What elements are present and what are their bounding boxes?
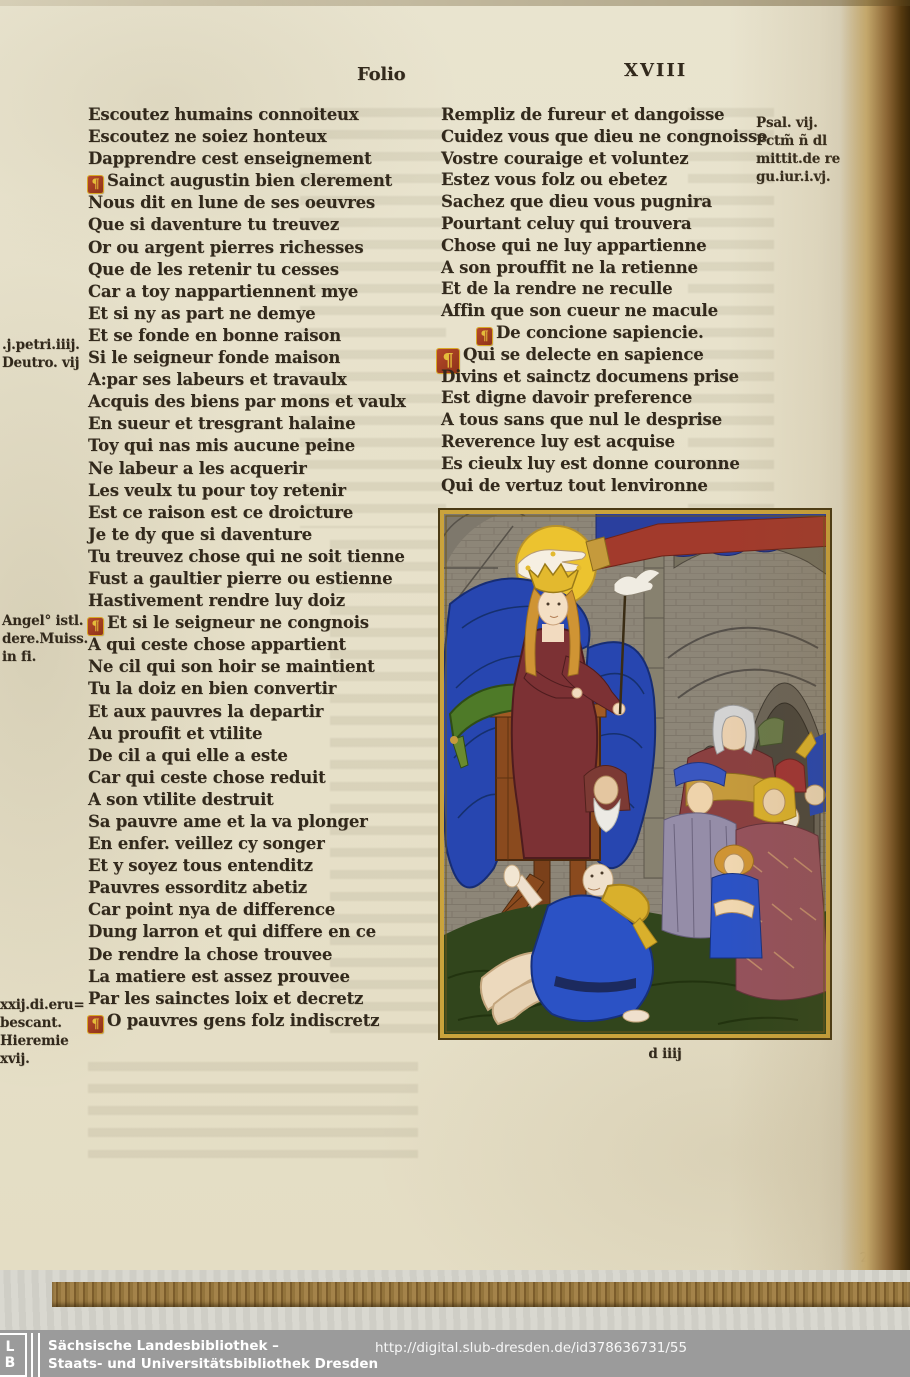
line-text: Au proufit et vtilite bbox=[88, 724, 262, 743]
line-text: Nous dit en lune de ses oeuvres bbox=[88, 193, 375, 212]
verse-line: Et aux pauvres la departir bbox=[88, 701, 448, 723]
line-text: Et aux pauvres la departir bbox=[88, 702, 323, 721]
verse-line: Au proufit et vtilite bbox=[88, 723, 448, 745]
verse-line: A:par ses labeurs et travaulx bbox=[88, 369, 448, 391]
slub-logo-letter-l: L bbox=[6, 1339, 15, 1355]
margin-note-line: dere.Muiss. bbox=[2, 630, 88, 648]
verse-line: ¶Qui se delecte en sapience bbox=[441, 344, 786, 366]
line-text: Rempliz de fureur et dangoisse bbox=[441, 105, 724, 124]
verse-line: Divins et sainctz documens prise bbox=[441, 366, 786, 388]
sapience-preaching-scene bbox=[438, 508, 832, 1040]
verse-line: Dung larron et qui differe en ce bbox=[88, 921, 448, 943]
verse-line: Je te dy que si daventure bbox=[88, 524, 448, 546]
line-text: Es cieulx luy est donne couronne bbox=[441, 454, 740, 473]
line-text: Pourtant celuy qui trouvera bbox=[441, 214, 691, 233]
margin-note-line: Angel° istl. bbox=[2, 612, 88, 630]
line-text: Or ou argent pierres richesses bbox=[88, 238, 363, 257]
margin-note-line: xvij. bbox=[0, 1050, 85, 1068]
line-text: Ne cil qui son hoir se maintient bbox=[88, 657, 375, 676]
verse-line: ¶Sainct augustin bien clerement bbox=[88, 170, 448, 192]
verse-line: Vostre couraige et voluntez bbox=[441, 148, 786, 170]
pilcrow-mark: ¶ bbox=[477, 328, 492, 345]
slub-logo-letter-b: B bbox=[5, 1355, 16, 1371]
verse-line: Rempliz de fureur et dangoisse bbox=[441, 104, 786, 126]
verse-line: La matiere est assez prouvee bbox=[88, 966, 448, 988]
line-text: Qui se delecte en sapience bbox=[463, 345, 704, 364]
verse-line: Estez vous folz ou ebetez bbox=[441, 169, 786, 191]
verse-line: Est ce raison est ce droicture bbox=[88, 502, 448, 524]
line-text: Ne labeur a les acquerir bbox=[88, 459, 307, 478]
verse-line: Or ou argent pierres richesses bbox=[88, 237, 448, 259]
verse-line: Qui de vertuz tout lenvironne bbox=[441, 475, 786, 497]
miniature-illustration bbox=[438, 508, 832, 1040]
verse-line: Les veulx tu pour toy retenir bbox=[88, 480, 448, 502]
line-text: En sueur et tresgrant halaine bbox=[88, 414, 355, 433]
verse-line: Et y soyez tous entenditz bbox=[88, 855, 448, 877]
digitized-manuscript-photo: Folio XVIII .j.petri.iiij.Deutro. vij An… bbox=[0, 0, 910, 1377]
line-text: Tu treuvez chose qui ne soit tienne bbox=[88, 547, 405, 566]
line-text: Et y soyez tous entenditz bbox=[88, 856, 313, 875]
line-text: De concione sapiencie. bbox=[496, 323, 704, 342]
line-text: Et de la rendre ne reculle bbox=[441, 279, 672, 298]
book-top-edge bbox=[0, 0, 910, 6]
verse-line: Car a toy nappartiennent mye bbox=[88, 281, 448, 303]
line-text: La matiere est assez prouvee bbox=[88, 967, 350, 986]
line-text: En enfer. veillez cy songer bbox=[88, 834, 325, 853]
margin-note-line: xxij.di.eru= bbox=[0, 996, 85, 1014]
folio-number: XVIII bbox=[624, 60, 687, 81]
library-name-line1: Sächsische Landesbibliothek – bbox=[48, 1337, 378, 1355]
slub-logo: L B bbox=[0, 1333, 27, 1377]
book-bottom-page-edges bbox=[52, 1282, 910, 1307]
line-text: Sachez que dieu vous pugnira bbox=[441, 192, 712, 211]
line-text: Escoutez ne soiez honteux bbox=[88, 127, 327, 146]
verse-line: Affin que son cueur ne macule bbox=[441, 300, 786, 322]
verse-line: En enfer. veillez cy songer bbox=[88, 833, 448, 855]
margin-note-line: Deutro. vij bbox=[2, 354, 80, 372]
line-text: Escoutez humains connoiteux bbox=[88, 105, 358, 124]
line-text: Par les sainctes loix et decretz bbox=[88, 989, 363, 1008]
margin-note-hieremie: xxij.di.eru=bescant.Hieremiexvij. bbox=[0, 996, 85, 1068]
folio-label: Folio bbox=[357, 64, 405, 85]
verse-line: De rendre la chose trouvee bbox=[88, 944, 448, 966]
library-name: Sächsische Landesbibliothek – Staats- un… bbox=[48, 1337, 378, 1373]
verse-line: Reverence luy est acquise bbox=[441, 431, 786, 453]
manuscript-page: Folio XVIII .j.petri.iiij.Deutro. vij An… bbox=[0, 0, 910, 1282]
verse-line: ¶Et si le seigneur ne congnois bbox=[88, 612, 448, 634]
line-text: Fust a gaultier pierre ou estienne bbox=[88, 569, 392, 588]
margin-note-petri-deutro: .j.petri.iiij.Deutro. vij bbox=[2, 336, 80, 372]
verse-line: Escoutez humains connoiteux bbox=[88, 104, 448, 126]
verse-line: Acquis des biens par mons et vaulx bbox=[88, 391, 448, 413]
line-text: Pauvres essorditz abetiz bbox=[88, 878, 307, 897]
verse-line: Et se fonde en bonne raison bbox=[88, 325, 448, 347]
verse-line: Fust a gaultier pierre ou estienne bbox=[88, 568, 448, 590]
verse-line: Chose qui ne luy appartienne bbox=[441, 235, 786, 257]
verse-line: Nous dit en lune de ses oeuvres bbox=[88, 192, 448, 214]
verse-line: Car qui ceste chose reduit bbox=[88, 767, 448, 789]
verse-line: Car point nya de difference bbox=[88, 899, 448, 921]
verse-line: Tu treuvez chose qui ne soit tienne bbox=[88, 546, 448, 568]
verse-line: Par les sainctes loix et decretz bbox=[88, 988, 448, 1010]
line-text: A:par ses labeurs et travaulx bbox=[88, 370, 347, 389]
verse-line: Pourtant celuy qui trouvera bbox=[441, 213, 786, 235]
line-text: Dapprendre cest enseignement bbox=[88, 149, 372, 168]
right-column: Rempliz de fureur et dangoisseCuidez vou… bbox=[441, 104, 786, 496]
line-text: Car a toy nappartiennent mye bbox=[88, 282, 358, 301]
verse-line: Es cieulx luy est donne couronne bbox=[441, 453, 786, 475]
line-text: Hastivement rendre luy doiz bbox=[88, 591, 345, 610]
book-fore-edge bbox=[840, 0, 910, 1282]
verse-line: Ne labeur a les acquerir bbox=[88, 458, 448, 480]
line-text: Chose qui ne luy appartienne bbox=[441, 236, 706, 255]
verse-line: Ne cil qui son hoir se maintient bbox=[88, 656, 448, 678]
line-text: Et si le seigneur ne congnois bbox=[107, 613, 369, 632]
pilcrow-mark: ¶ bbox=[88, 1016, 103, 1033]
line-text: A tous sans que nul le desprise bbox=[441, 410, 722, 429]
line-text: Sainct augustin bien clerement bbox=[107, 171, 392, 190]
line-text: Dung larron et qui differe en ce bbox=[88, 922, 376, 941]
pilcrow-mark: ¶ bbox=[88, 618, 103, 635]
verse-line: Est digne davoir preference bbox=[441, 387, 786, 409]
line-text: Sa pauvre ame et la va plonger bbox=[88, 812, 368, 831]
verse-line: Sa pauvre ame et la va plonger bbox=[88, 811, 448, 833]
verse-line: Sachez que dieu vous pugnira bbox=[441, 191, 786, 213]
verse-line: Que de les retenir tu cesses bbox=[88, 259, 448, 281]
line-text: Toy qui nas mis aucune peine bbox=[88, 436, 355, 455]
margin-note-line: bescant. bbox=[0, 1014, 85, 1032]
margin-note-line: in fi. bbox=[2, 648, 88, 666]
library-footer-bar: L B Sächsische Landesbibliothek – Staats… bbox=[0, 1330, 910, 1377]
verse-line: Si le seigneur fonde maison bbox=[88, 347, 448, 369]
verse-line: Tu la doiz en bien convertir bbox=[88, 678, 448, 700]
section-heading: ¶De concione sapiencie. bbox=[441, 322, 786, 344]
left-column: Escoutez humains connoiteuxEscoutez ne s… bbox=[88, 104, 448, 1032]
verse-line: A tous sans que nul le desprise bbox=[441, 409, 786, 431]
margin-note-line: Hieremie bbox=[0, 1032, 85, 1050]
line-text: Car qui ceste chose reduit bbox=[88, 768, 326, 787]
slub-logo-lines bbox=[31, 1333, 40, 1377]
line-text: De rendre la chose trouvee bbox=[88, 945, 332, 964]
verse-line: Toy qui nas mis aucune peine bbox=[88, 435, 448, 457]
verse-line: Pauvres essorditz abetiz bbox=[88, 877, 448, 899]
verse-line: Et si ny as part ne demye bbox=[88, 303, 448, 325]
verse-line: A son vtilite destruit bbox=[88, 789, 448, 811]
line-text: Et se fonde en bonne raison bbox=[88, 326, 341, 345]
line-text: Je te dy que si daventure bbox=[88, 525, 312, 544]
verse-line: Hastivement rendre luy doiz bbox=[88, 590, 448, 612]
line-text: De cil a qui elle a este bbox=[88, 746, 288, 765]
show-through-texture bbox=[88, 1062, 418, 1158]
verse-line: Dapprendre cest enseignement bbox=[88, 148, 448, 170]
line-text: Qui de vertuz tout lenvironne bbox=[441, 476, 708, 495]
line-text: Acquis des biens par mons et vaulx bbox=[88, 392, 406, 411]
verse-line: Et de la rendre ne reculle bbox=[441, 278, 786, 300]
line-text: A son prouffit ne la retienne bbox=[441, 258, 698, 277]
verse-line: A qui ceste chose appartient bbox=[88, 634, 448, 656]
line-text: Cuidez vous que dieu ne congnoisse bbox=[441, 127, 767, 146]
line-text: Car point nya de difference bbox=[88, 900, 335, 919]
line-text: Divins et sainctz documens prise bbox=[441, 367, 739, 386]
line-text: Est digne davoir preference bbox=[441, 388, 692, 407]
margin-note-line: .j.petri.iiij. bbox=[2, 336, 80, 354]
source-url: http://digital.slub-dresden.de/id3786367… bbox=[375, 1340, 687, 1356]
line-text: A qui ceste chose appartient bbox=[88, 635, 346, 654]
verse-line: Que si daventure tu treuvez bbox=[88, 214, 448, 236]
margin-note-angelo: Angel° istl.dere.Muiss.in fi. bbox=[2, 612, 88, 666]
line-text: Vostre couraige et voluntez bbox=[441, 149, 688, 168]
line-text: Et si ny as part ne demye bbox=[88, 304, 315, 323]
verse-line: Cuidez vous que dieu ne congnoisse bbox=[441, 126, 786, 148]
line-text: Estez vous folz ou ebetez bbox=[441, 170, 667, 189]
line-text: Affin que son cueur ne macule bbox=[441, 301, 718, 320]
line-text: Si le seigneur fonde maison bbox=[88, 348, 340, 367]
verse-line: ¶O pauvres gens folz indiscretz bbox=[88, 1010, 448, 1032]
pilcrow-mark: ¶ bbox=[88, 176, 103, 193]
line-text: Les veulx tu pour toy retenir bbox=[88, 481, 346, 500]
library-name-line2: Staats- und Universitätsbibliothek Dresd… bbox=[48, 1355, 378, 1373]
line-text: Tu la doiz en bien convertir bbox=[88, 679, 336, 698]
line-text: A son vtilite destruit bbox=[88, 790, 274, 809]
line-text: Reverence luy est acquise bbox=[441, 432, 675, 451]
verse-line: A son prouffit ne la retienne bbox=[441, 257, 786, 279]
verse-line: En sueur et tresgrant halaine bbox=[88, 413, 448, 435]
verse-line: Escoutez ne soiez honteux bbox=[88, 126, 448, 148]
verse-line: De cil a qui elle a este bbox=[88, 745, 448, 767]
line-text: Que si daventure tu treuvez bbox=[88, 215, 339, 234]
line-text: O pauvres gens folz indiscretz bbox=[107, 1011, 379, 1030]
quire-signature: d iiij bbox=[438, 1046, 862, 1062]
line-text: Est ce raison est ce droicture bbox=[88, 503, 353, 522]
line-text: Que de les retenir tu cesses bbox=[88, 260, 339, 279]
